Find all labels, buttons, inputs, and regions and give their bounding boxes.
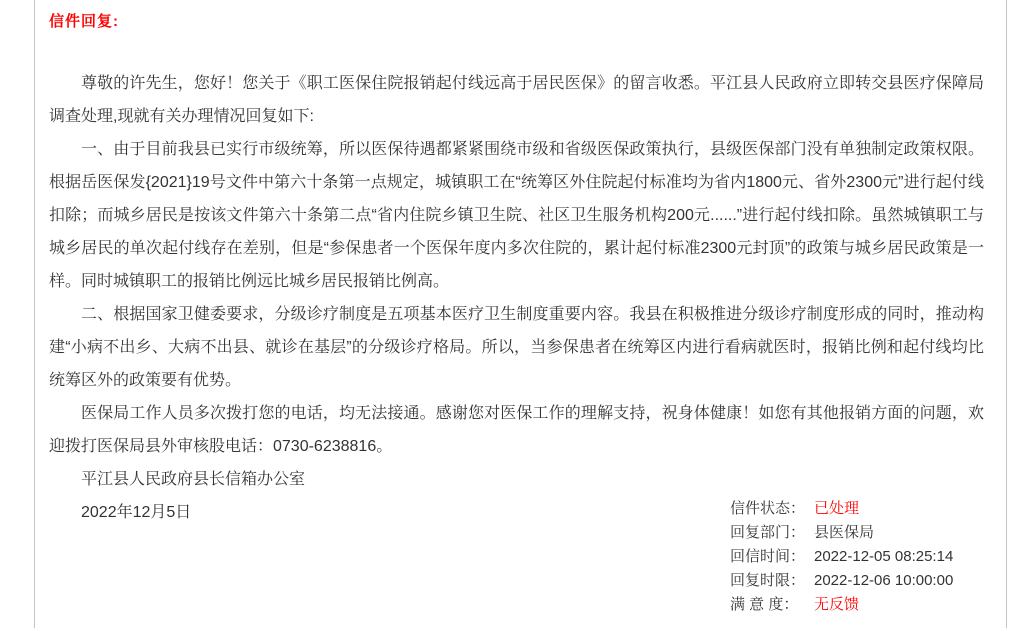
status-label: 回信时间： [730,545,810,569]
status-row: 回信时间：2022-12-05 08:25:14 [730,545,953,569]
status-value: 已处理 [814,497,859,521]
status-label: 回复部门： [730,521,810,545]
letter-paragraph: 尊敬的许先生，您好！您关于《职工医保住院报销起付线远高于居民医保》的留言收悉。平… [49,67,984,133]
status-label: 回复时限： [730,569,810,593]
letter-paragraph: 一、由于目前我县已实行市级统筹，所以医保待遇都紧紧围绕市级和省级医保政策执行，县… [49,133,984,298]
status-row: 满 意 度：无反馈 [730,593,953,617]
page-title: 信件回复: [49,10,1006,31]
status-row: 回复部门：县医保局 [730,521,953,545]
letter-reply-panel: 信件回复: 尊敬的许先生，您好！您关于《职工医保住院报销起付线远高于居民医保》的… [34,0,1007,628]
letter-paragraph: 医保局工作人员多次拨打您的电话，均无法接通。感谢您对医保工作的理解支持，祝身体健… [49,397,984,463]
status-label: 信件状态： [730,497,810,521]
status-panel: 信件状态：已处理回复部门：县医保局回信时间：2022-12-05 08:25:1… [730,497,953,617]
status-value: 无反馈 [814,593,859,617]
status-row: 回复时限：2022-12-06 10:00:00 [730,569,953,593]
status-value: 县医保局 [814,521,874,545]
letter-paragraph: 二、根据国家卫健委要求，分级诊疗制度是五项基本医疗卫生制度重要内容。我县在积极推… [49,298,984,397]
signature-office: 平江县人民政府县长信箱办公室 [49,463,984,496]
letter-body: 尊敬的许先生，您好！您关于《职工医保住院报销起付线远高于居民医保》的留言收悉。平… [49,67,984,463]
status-label: 满 意 度： [730,593,810,617]
status-value: 2022-12-06 10:00:00 [814,569,953,593]
status-value: 2022-12-05 08:25:14 [814,545,953,569]
status-row: 信件状态：已处理 [730,497,953,521]
